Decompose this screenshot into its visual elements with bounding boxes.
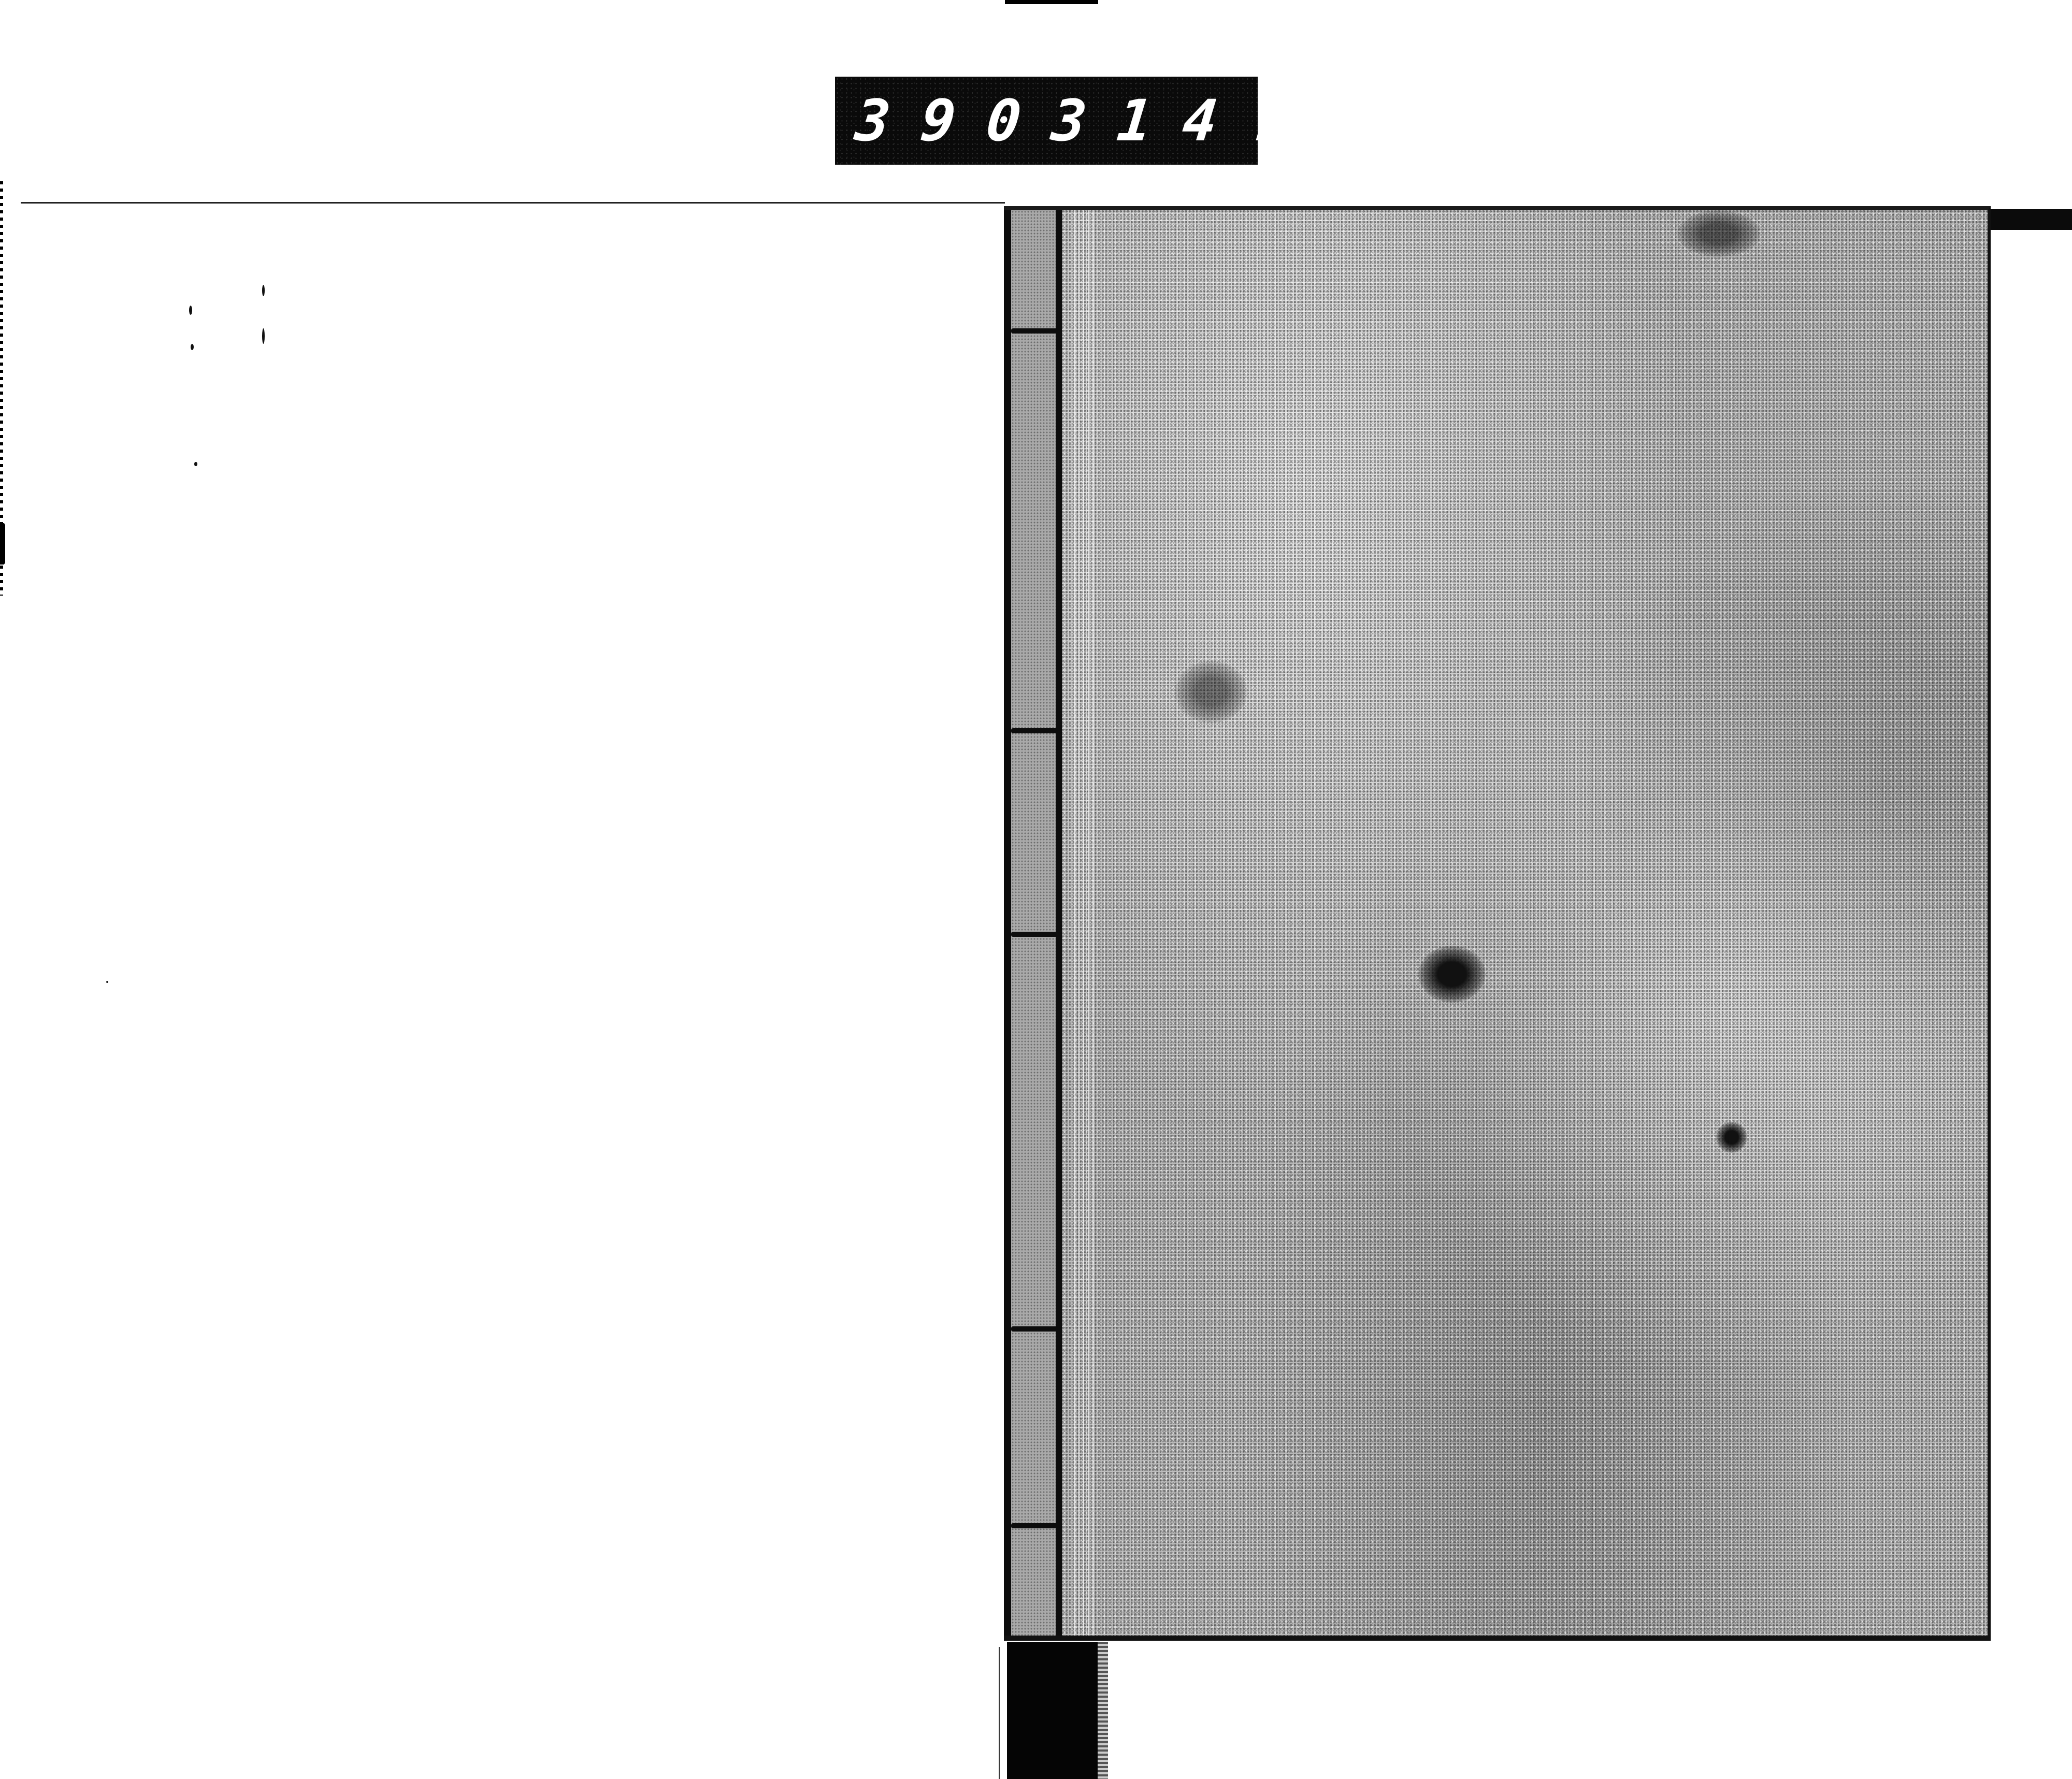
page-speck [189, 306, 192, 315]
binding-thread [1056, 210, 1062, 1636]
page-speck [191, 344, 194, 350]
page-speck [106, 981, 108, 983]
page-speck [194, 462, 197, 466]
bottom-edge-strip [1098, 1642, 1108, 1779]
page-speck [262, 328, 265, 344]
binding-cord [1011, 1326, 1062, 1332]
cover-stain [1716, 1122, 1747, 1153]
cover-stain [1677, 210, 1760, 257]
page-speck [262, 285, 265, 296]
book-cover [1004, 206, 1991, 1641]
right-frame-bar [1991, 209, 2072, 230]
frame-border-line [21, 202, 1005, 204]
cover-fold-lines [1074, 210, 1095, 1636]
binding-cord [1011, 728, 1062, 733]
cover-stain [1175, 661, 1247, 723]
frame-number-label: 390 314. [835, 77, 1258, 165]
cover-stain [1418, 946, 1486, 1003]
blank-right-margin [1994, 230, 2072, 1779]
frame-tick-mark [1005, 0, 1098, 4]
frame-number-left: 390 [852, 88, 1055, 154]
frame-number-right: 314. [1048, 88, 1317, 154]
binding-cord [1011, 328, 1062, 334]
binding-cord [1011, 932, 1062, 937]
binding-cord [1011, 1523, 1062, 1528]
book-spine [1004, 210, 1061, 1636]
bottom-shadow-block [1007, 1642, 1098, 1779]
blank-left-page [5, 204, 1000, 1779]
bottom-frame-line [999, 1647, 1000, 1779]
